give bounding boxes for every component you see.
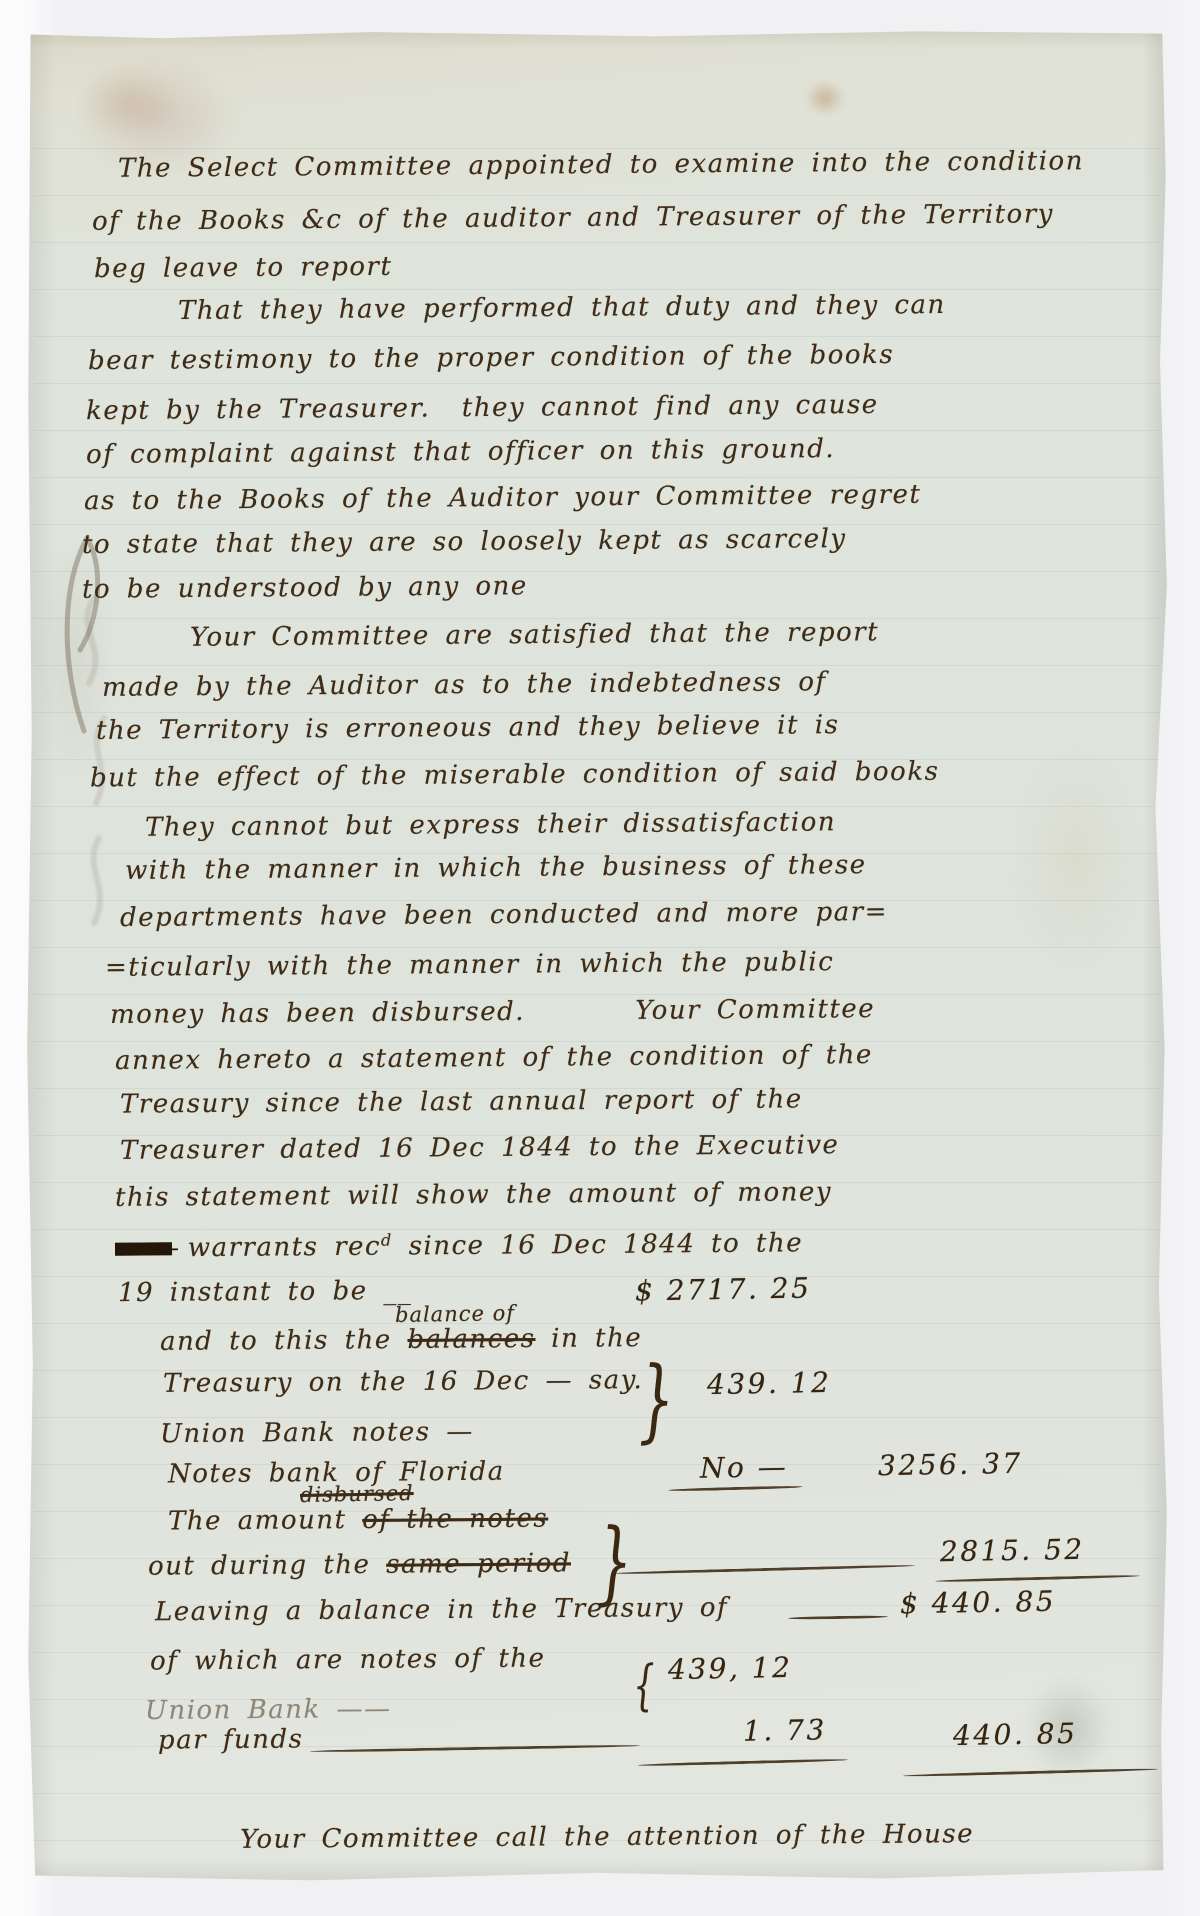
handwritten-text: Your Committee are satisfied that the re… (190, 617, 879, 652)
manuscript-line: with the manner in which the business of… (125, 850, 867, 887)
amount-balance-remaining: $ 440. 85 (900, 1587, 1057, 1619)
amount-par-funds: 1. 73 (743, 1715, 827, 1746)
handwritten-text: Leaving a balance in the Treasury of (155, 1593, 728, 1628)
handwritten-text: balances (407, 1324, 535, 1355)
underline-440-85 (903, 1768, 1158, 1778)
scratched-out-word: ——— (115, 1233, 172, 1263)
handwritten-text: d (381, 1231, 393, 1250)
manuscript-line: Treasurer dated 16 Dec 1844 to the Execu… (120, 1130, 840, 1167)
handwritten-text: to be understood by any one (82, 571, 528, 604)
manuscript-line: Treasury on the 16 Dec — say. (163, 1365, 643, 1400)
manuscript-line: Union Bank notes — (160, 1417, 474, 1451)
amount-total-receipts: 3256. 37 (878, 1449, 1023, 1481)
underline-2815-52 (935, 1574, 1140, 1582)
handwritten-text: as to the Books of the Auditor your Comm… (84, 480, 922, 517)
handwritten-text: to state that they are so loosely kept a… (82, 524, 847, 560)
paper-stain (796, 72, 854, 124)
handwritten-text: of the notes (362, 1504, 548, 1535)
handwritten-text: money has been disbursed. Your Committee (110, 994, 875, 1030)
manuscript-line: to be understood by any one (82, 571, 528, 606)
amount-warrants-issued: $ 2717. 25 (635, 1273, 812, 1305)
manuscript-line: and to this the balances in the (160, 1323, 642, 1358)
manuscript-line: departments have been conducted and more… (120, 897, 888, 934)
manuscript-line: 19 instant to be __ (118, 1276, 413, 1309)
manuscript-line: =ticularly with the manner in which the … (105, 947, 834, 984)
manuscript-line: Union Bank —— (145, 1694, 392, 1727)
handwritten-text: the Territory is erroneous and they beli… (96, 710, 840, 746)
dash-after-of (788, 1615, 888, 1620)
paper-stain (1001, 718, 1151, 998)
handwritten-text: same period (386, 1548, 571, 1579)
handwritten-text: The Select Committee appointed to examin… (118, 146, 1084, 184)
manuscript-line: as to the Books of the Auditor your Comm… (84, 480, 922, 518)
brace-mark: } (596, 1515, 633, 1610)
manuscript-line: but the effect of the miserable conditio… (90, 757, 940, 795)
handwritten-text: since 16 Dec 1844 to the (393, 1228, 803, 1261)
manuscript-line: That they have performed that duty and t… (178, 290, 946, 327)
handwritten-text: Union Bank —— (145, 1694, 392, 1726)
manuscript-line: Leaving a balance in the Treasury of (155, 1593, 728, 1629)
manuscript-line: of the Books &c of the auditor and Treas… (92, 199, 1054, 238)
handwritten-text: They cannot but express their dissatisfa… (145, 807, 836, 842)
handwritten-text: Treasury since the last annual report of… (120, 1084, 803, 1119)
manuscript-line: par funds (158, 1724, 304, 1756)
manuscript-line: The amount of the notes (168, 1504, 548, 1538)
handwritten-text: of complaint against that officer on thi… (86, 434, 835, 470)
manuscript-line: this statement will show the amount of m… (115, 1177, 832, 1214)
manuscript-line: out during the same period (148, 1548, 571, 1583)
notes-bank-florida-no: No — (700, 1452, 789, 1483)
handwritten-text: annex hereto a statement of the conditio… (115, 1040, 873, 1076)
handwritten-text: kept by the Treasurer. they cannot find … (86, 390, 879, 426)
handwritten-text: That they have performed that duty and t… (178, 290, 946, 326)
handwritten-text: bear testimony to the proper condition o… (88, 340, 894, 376)
dash-par-funds (310, 1744, 640, 1753)
handwritten-text: and to this the (160, 1325, 408, 1357)
handwritten-text: The amount (168, 1505, 362, 1537)
manuscript-line: made by the Auditor as to the indebtedne… (102, 667, 827, 704)
handwritten-text: of which are notes of the (150, 1643, 546, 1676)
manuscript-line: of which are notes of the (150, 1643, 546, 1677)
scanned-manuscript-page: { "page": { "background_color": "#f1f1f4… (0, 0, 1200, 1916)
paper-stain (62, 54, 192, 149)
handwritten-text: in the (535, 1323, 642, 1354)
handwritten-text: but the effect of the miserable conditio… (90, 757, 940, 794)
manuscript-line: bear testimony to the proper condition o… (88, 340, 894, 378)
manuscript-line: Your Committee are satisfied that the re… (190, 617, 879, 654)
handwritten-text: departments have been conducted and more… (120, 897, 888, 933)
manuscript-line: beg leave to report (94, 252, 393, 286)
handwritten-text: out during the (148, 1550, 386, 1582)
manuscript-line: annex hereto a statement of the conditio… (115, 1040, 873, 1077)
handwritten-text: Union Bank notes — (160, 1417, 474, 1449)
handwritten-text: with the manner in which the business of… (125, 850, 867, 886)
handwritten-text: this statement will show the amount of m… (115, 1177, 832, 1213)
underline-no (668, 1485, 803, 1492)
manuscript-line: They cannot but express their dissatisfa… (145, 807, 836, 844)
manuscript-line: to state that they are so loosely kept a… (82, 524, 847, 561)
handwritten-text: of the Books &c of the auditor and Treas… (92, 199, 1054, 237)
amount-union-bank-notes: 439, 12 (668, 1653, 793, 1685)
manuscript-line: of complaint against that officer on thi… (86, 434, 835, 471)
manuscript-paper: The Select Committee appointed to examin… (26, 28, 1168, 1884)
brace-mark: } (638, 1353, 675, 1448)
manuscript-line: Your Committee call the attention of the… (240, 1819, 974, 1856)
handwritten-text: par funds (158, 1724, 304, 1755)
amount-balance-16-dec: 439. 12 (707, 1368, 832, 1400)
handwritten-text: Treasury on the 16 Dec — say. (163, 1365, 643, 1399)
underline-1-73 (638, 1758, 848, 1766)
dash-to-amount (615, 1564, 915, 1575)
handwritten-text: Your Committee call the attention of the… (240, 1819, 974, 1855)
manuscript-line: the Territory is erroneous and they beli… (96, 710, 840, 747)
handwritten-text: 19 instant to be __ (118, 1276, 413, 1308)
amount-total-balance: 440. 85 (953, 1719, 1078, 1751)
inserted-word-disbursed: disbursed (300, 1482, 414, 1506)
manuscript-line: money has been disbursed. Your Committee (110, 994, 875, 1031)
handwritten-text: =ticularly with the manner in which the … (105, 947, 834, 983)
handwritten-text: made by the Auditor as to the indebtedne… (102, 667, 827, 703)
handwritten-text: beg leave to report (94, 252, 393, 284)
inserted-words-balance-of: balance of (395, 1302, 515, 1326)
manuscript-line: The Select Committee appointed to examin… (118, 146, 1084, 185)
brace-mark: { (633, 1657, 655, 1714)
handwritten-text: warrants rec (172, 1232, 381, 1264)
manuscript-line: kept by the Treasurer. they cannot find … (86, 390, 879, 427)
manuscript-line: ——— warrants recd since 16 Dec 1844 to t… (115, 1227, 803, 1265)
handwritten-text: Treasurer dated 16 Dec 1844 to the Execu… (120, 1130, 840, 1166)
amount-disbursed: 2815. 52 (940, 1535, 1085, 1567)
manuscript-line: Treasury since the last annual report of… (120, 1084, 803, 1121)
